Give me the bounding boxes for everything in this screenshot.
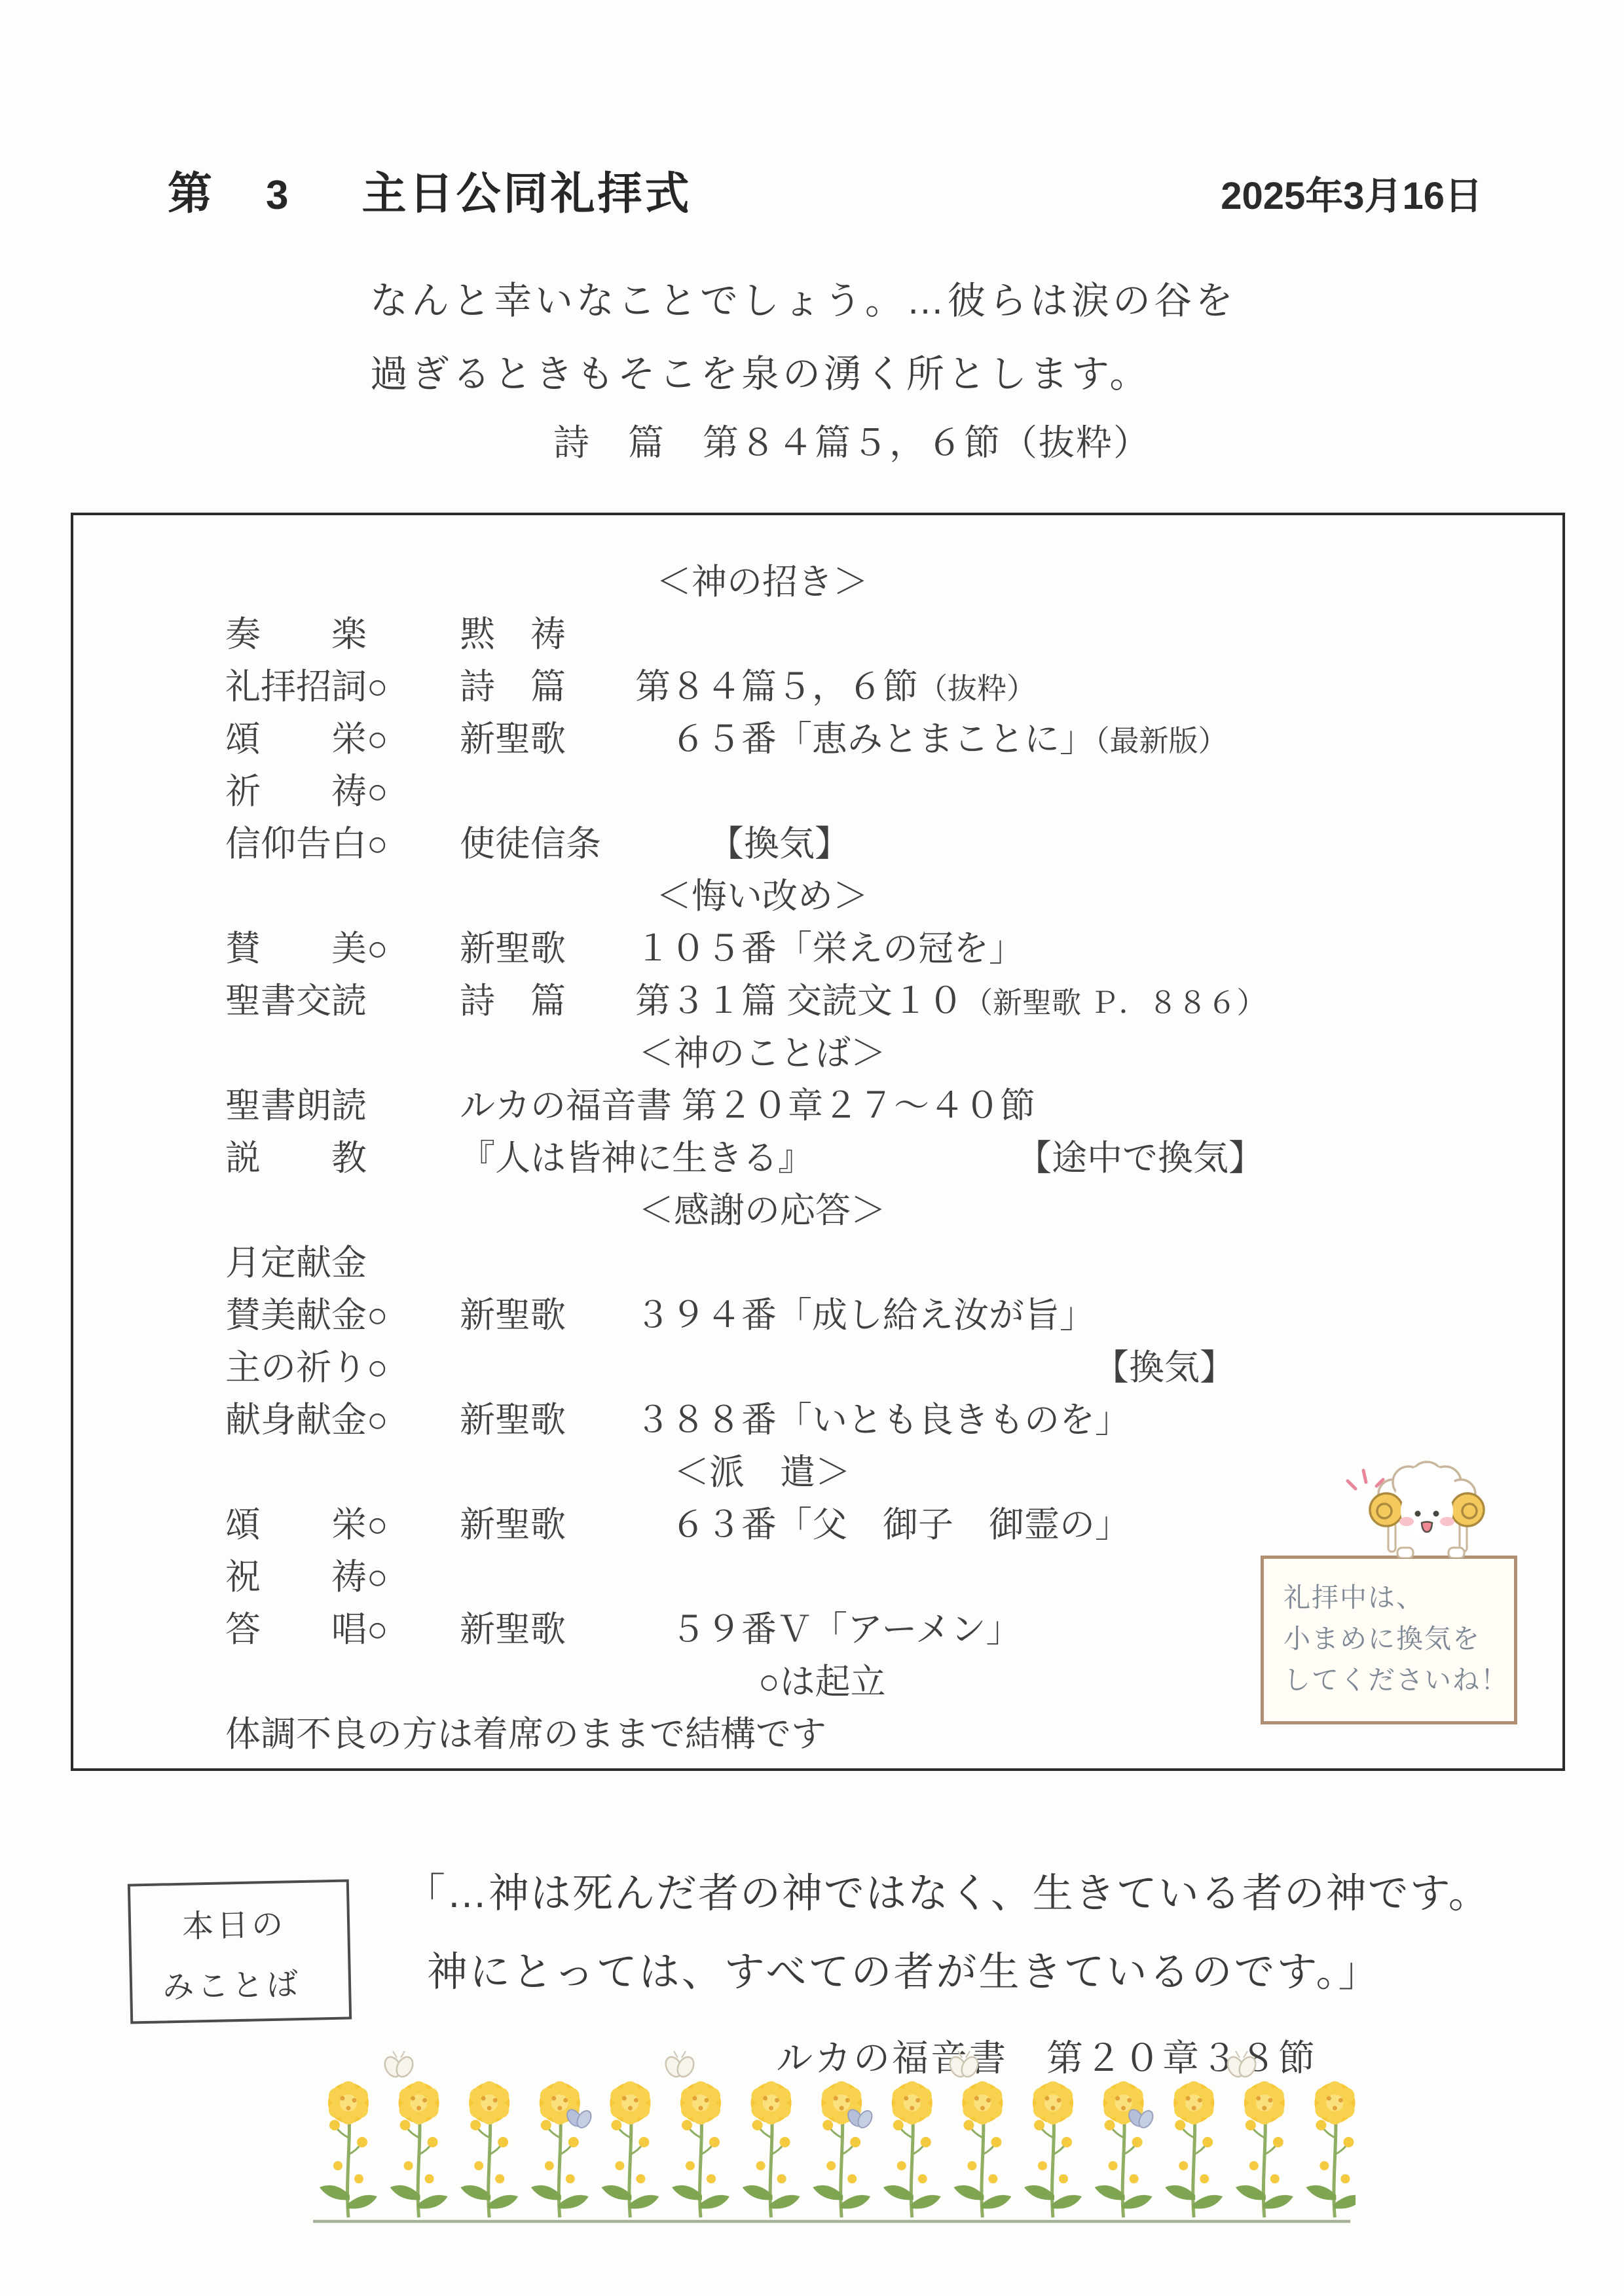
program-row-kito: 祈 祷○	[73, 765, 1562, 818]
service-date: 2025年3月16日	[1221, 165, 1483, 220]
program-c2: 詩 篇	[460, 975, 566, 1027]
program-c3: ５９番Ｖ「アーメン」	[635, 1603, 1022, 1656]
ventilation-sign-line2: 小まめに換気を	[1283, 1618, 1514, 1660]
program-c1: 奏 楽	[225, 608, 367, 661]
program-small-note: （最新版）	[1095, 724, 1228, 757]
scripture-quote-line1: なんと幸いなことでしょう。…彼らは涙の谷を	[370, 270, 1236, 325]
sheep-mascot-icon	[1260, 1460, 1517, 1558]
program-row-shoei-1: 頌 栄○新聖歌 ６５番「恵みとまことに」（最新版）	[73, 713, 1562, 765]
todays-word-box: 本日の みことば	[128, 1879, 352, 2024]
bulletin-number-prefix: 第	[168, 158, 212, 222]
program-row-sekkyo: 説 教『人は皆神に生きる』【途中で換気】	[73, 1132, 1562, 1184]
program-c2: 新聖歌	[460, 1394, 566, 1446]
program-note: 【換気】	[709, 818, 850, 870]
program-c1: 献身献金○	[225, 1394, 388, 1446]
program-c1: 月定献金	[225, 1237, 367, 1289]
sparkle-icon	[1348, 1470, 1383, 1489]
program-heading-text: ＜悔い改め＞	[73, 870, 1451, 922]
program-c3: ６５番「恵みとまことに」（最新版）	[635, 713, 1228, 767]
program-row-shinko-kokuhaku: 信仰告白○使徒信条【換気】	[73, 818, 1562, 870]
program-row-seisho-rodoku: 聖書朗読ルカの福音書 第２０章２７～４０節	[73, 1080, 1562, 1132]
ventilation-sign: 礼拝中は、 小まめに換気を してくださいね！	[1261, 1556, 1517, 1724]
todays-word-quote-line1: 「…神は死んだ者の神ではなく、生きている者の神です。	[405, 1861, 1490, 1919]
program-c1: 賛 美○	[225, 922, 388, 975]
program-c1: 主の祈り○	[225, 1341, 388, 1394]
program-c1: 答 唱○	[225, 1603, 388, 1656]
program-c2: 『人は皆神に生きる』	[460, 1132, 813, 1184]
ventilation-sign-line1: 礼拝中は、	[1283, 1577, 1514, 1618]
program-heading-text: ＜派 遣＞	[73, 1446, 1451, 1499]
program-heading-text: ＜神のことば＞	[73, 1027, 1451, 1080]
program-c1: 祝 祷○	[225, 1551, 388, 1603]
program-row-heading-invitation: ＜神の招き＞	[73, 556, 1562, 608]
program-c1: ○は起立	[758, 1656, 886, 1708]
program-row-shu-no-inori: 主の祈り○【換気】	[73, 1341, 1562, 1394]
program-note: 【途中で換気】	[1016, 1132, 1264, 1184]
program-small-note: （抜粋）	[918, 672, 1036, 705]
program-c1: 聖書交読	[225, 975, 367, 1027]
program-row-heading-response: ＜感謝の応答＞	[73, 1184, 1562, 1237]
program-row-sanbi-kenkin: 賛美献金○新聖歌３９４番「成し給え汝が旨」	[73, 1289, 1562, 1341]
program-c1: 頌 栄○	[225, 1499, 388, 1551]
program-note: 【換気】	[1094, 1341, 1235, 1394]
todays-word-label-line2: みことば	[162, 1954, 349, 2018]
program-c2: 新聖歌	[460, 1289, 566, 1341]
service-order-box: ＜神の招き＞奏 楽黙 祷礼拝招詞○詩 篇第８４篇５，６節（抜粋）頌 栄○新聖歌 …	[71, 513, 1565, 1771]
program-heading-text: ＜神の招き＞	[73, 556, 1451, 608]
sheep-horn-right	[1451, 1493, 1484, 1526]
program-c3: ３９４番「成し給え汝が旨」	[635, 1289, 1095, 1341]
program-c3: 第３１篇 交読文１０（新聖歌 Ｐ．８８６）	[635, 975, 1266, 1029]
program-c1: 祈 祷○	[225, 765, 388, 818]
flower-border	[308, 2039, 1356, 2236]
scripture-quote-line2: 過ぎるときもそこを泉の湧く所とします。	[370, 343, 1151, 398]
program-c1: 信仰告白○	[225, 818, 388, 870]
program-c2: 新聖歌	[460, 1499, 566, 1551]
program-row-reihai-shoshi: 礼拝招詞○詩 篇第８４篇５，６節（抜粋）	[73, 661, 1562, 713]
todays-word-label-line1: 本日の	[181, 1894, 348, 1958]
program-c1: 説 教	[225, 1132, 367, 1184]
page-title: 主日公同礼拝式	[362, 158, 692, 222]
program-c2: ルカの福音書 第２０章２７～４０節	[460, 1080, 1035, 1132]
program-c1: 体調不良の方は着席のままで結構です	[225, 1708, 826, 1760]
program-c1: 聖書朗読	[225, 1080, 367, 1132]
program-row-heading-word: ＜神のことば＞	[73, 1027, 1562, 1080]
program-row-kenshin-kenkin: 献身献金○新聖歌３８８番「いとも良きものを」	[73, 1394, 1562, 1446]
scripture-quote-citation: 詩 篇 第８４篇５，６節（抜粋）	[553, 414, 1151, 465]
program-c2: 黙 祷	[460, 608, 566, 661]
bulletin-number: 3	[266, 172, 288, 219]
program-c2: 新聖歌	[460, 922, 566, 975]
sheep-horn-left	[1370, 1493, 1403, 1526]
worship-bulletin-page: 第 3 主日公同礼拝式 2025年3月16日 なんと幸いなことでしょう。…彼らは…	[0, 0, 1624, 2296]
program-c3: ３８８番「いとも良きものを」	[635, 1394, 1130, 1446]
program-c2: 詩 篇	[460, 661, 566, 713]
program-c3: ６３番「父 御子 御霊の」	[635, 1499, 1130, 1551]
program-c2: 新聖歌	[460, 1603, 566, 1656]
todays-word-quote-line2: 神にとっては、すべての者が生きているのです。」	[427, 1939, 1381, 1997]
program-row-seisho-kodoku: 聖書交読詩 篇第３１篇 交読文１０（新聖歌 Ｐ．８８６）	[73, 975, 1562, 1027]
program-row-sogaku: 奏 楽黙 祷	[73, 608, 1562, 661]
program-heading-text: ＜感謝の応答＞	[73, 1184, 1451, 1237]
ventilation-sign-line3: してくださいね！	[1283, 1660, 1514, 1701]
program-row-heading-repentance: ＜悔い改め＞	[73, 870, 1562, 922]
program-row-getsutei-kenkin: 月定献金	[73, 1237, 1562, 1289]
program-small-note: （新聖歌 Ｐ．８８６）	[963, 986, 1266, 1019]
header: 第 3 主日公同礼拝式 2025年3月16日	[168, 158, 1483, 222]
program-c2: 新聖歌	[460, 713, 566, 765]
program-c3: 第８４篇５，６節（抜粋）	[635, 661, 1036, 715]
program-c1: 賛美献金○	[225, 1289, 388, 1341]
program-c1: 礼拝招詞○	[225, 661, 388, 713]
program-row-sanbi: 賛 美○新聖歌１０５番「栄えの冠を」	[73, 922, 1562, 975]
program-c3: １０５番「栄えの冠を」	[635, 922, 1024, 975]
program-c1: 頌 栄○	[225, 713, 388, 765]
flower-row	[320, 2081, 1356, 2217]
program-c2: 使徒信条	[460, 818, 601, 870]
